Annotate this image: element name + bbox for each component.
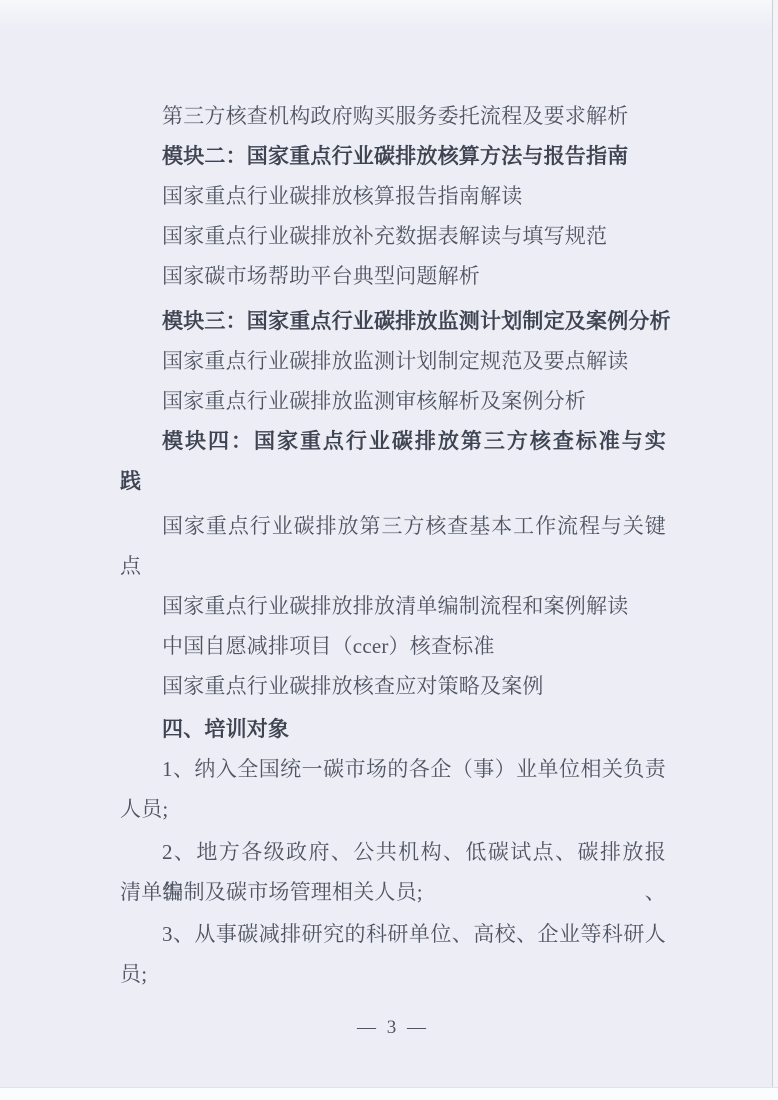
text-line: 国家重点行业碳排放排放清单编制流程和案例解读 [120, 586, 666, 626]
scan-right-edge [772, 0, 778, 1087]
text-line: 员; [120, 954, 666, 994]
text-line: 第三方核查机构政府购买服务委托流程及要求解析 [120, 96, 666, 136]
text-line: 中国自愿减排项目（ccer）核查标准 [120, 626, 666, 666]
page-number: — 3 — [120, 1014, 666, 1042]
text-line: 国家重点行业碳排放监测计划制定规范及要点解读 [120, 341, 666, 381]
scan-top-edge [0, 0, 778, 30]
text-line: 点 [120, 546, 666, 586]
text-line: 国家重点行业碳排放核算报告指南解读 [120, 176, 666, 216]
scanned-document-page: 第三方核查机构政府购买服务委托流程及要求解析模块二：国家重点行业碳排放核算方法与… [0, 0, 778, 1100]
text-line: 国家重点行业碳排放补充数据表解读与填写规范 [120, 216, 666, 256]
text-line: 人员; [120, 789, 666, 829]
scan-bottom-edge [0, 1087, 778, 1100]
text-line: 践 [120, 461, 666, 501]
text-line: 国家重点行业碳排放第三方核查基本工作流程与关键 [120, 506, 666, 546]
text-line: 国家重点行业碳排放核查应对策略及案例 [120, 666, 666, 706]
text-line: 四、培训对象 [120, 709, 666, 749]
text-line: 模块二：国家重点行业碳排放核算方法与报告指南 [120, 136, 666, 176]
text-line: 2、地方各级政府、公共机构、低碳试点、碳排放报告、 [120, 832, 666, 872]
text-line: 3、从事碳减排研究的科研单位、高校、企业等科研人 [120, 914, 666, 954]
text-line: 模块三：国家重点行业碳排放监测计划制定及案例分析 [120, 301, 666, 341]
text-line: 1、纳入全国统一碳市场的各企（事）业单位相关负责 [120, 749, 666, 789]
text-line: 国家碳市场帮助平台典型问题解析 [120, 256, 666, 296]
text-line: 模块四：国家重点行业碳排放第三方核查标准与实 [120, 421, 666, 461]
document-body: 第三方核查机构政府购买服务委托流程及要求解析模块二：国家重点行业碳排放核算方法与… [120, 96, 666, 994]
text-line: 国家重点行业碳排放监测审核解析及案例分析 [120, 381, 666, 421]
